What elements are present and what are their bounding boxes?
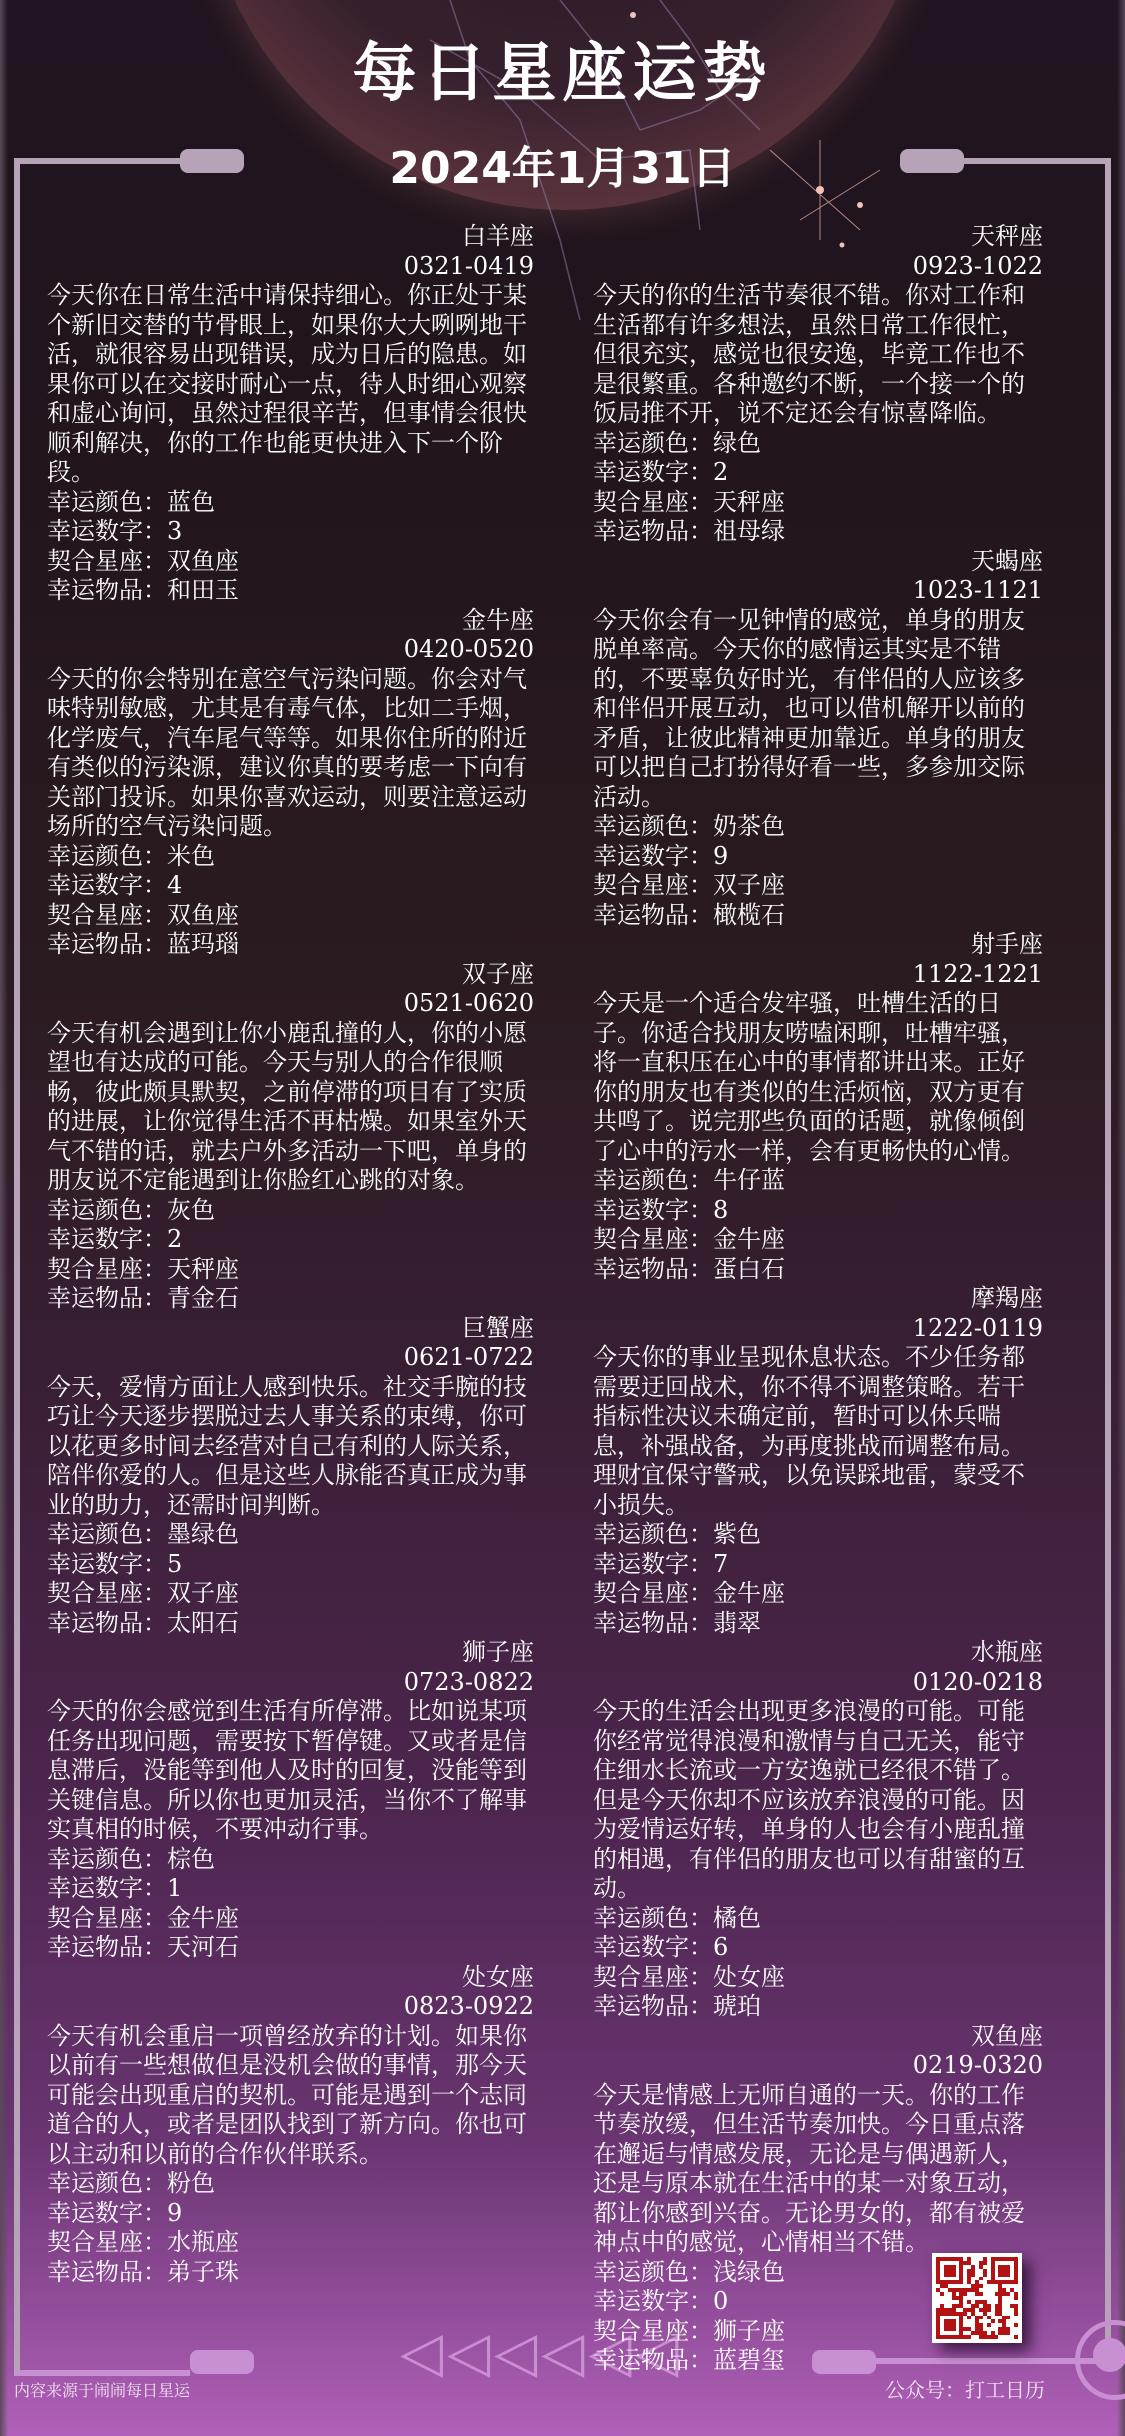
matching-sign-value: 狮子座 xyxy=(713,2317,785,2345)
lucky-color-value: 粉色 xyxy=(167,2169,215,2197)
sign-name: 双子座 xyxy=(47,960,534,990)
sign-date-range: 0321-0419 xyxy=(47,252,534,282)
sign-name: 天秤座 xyxy=(593,222,1043,252)
sign-description: 今天是一个适合发牢骚，吐槽生活的日子。你适合找朋友唠嗑闲聊，吐槽牢骚，将一直积压… xyxy=(593,989,1043,1166)
lucky-item-label: 幸运物品： xyxy=(593,901,713,929)
lucky-color: 幸运颜色：粉色 xyxy=(47,2169,534,2199)
content-source-credit: 内容来源于闹闹每日星运 xyxy=(14,2378,190,2401)
matching-sign-label: 契合星座： xyxy=(47,1904,167,1932)
lucky-item: 幸运物品：翡翠 xyxy=(593,1609,1043,1639)
lucky-color: 幸运颜色：绿色 xyxy=(593,429,1043,459)
sign-description: 今天是情感上无师自通的一天。你的工作节奏放缓，但生活节奏加快。今日重点落在邂逅与… xyxy=(593,2081,1043,2258)
sign-virgo: 处女座 0823-0922 今天有机会重启一项曾经放弃的计划。如果你以前有一些想… xyxy=(47,1963,534,2288)
outer-edge-right xyxy=(1117,0,1125,2436)
lucky-number-value: 4 xyxy=(167,871,182,899)
matching-sign: 契合星座：金牛座 xyxy=(47,1904,534,1934)
matching-sign: 契合星座：处女座 xyxy=(593,1963,1043,1993)
lucky-item: 幸运物品：青金石 xyxy=(47,1284,534,1314)
lucky-color-label: 幸运颜色： xyxy=(47,842,167,870)
lucky-number-value: 6 xyxy=(713,1933,728,1961)
sign-scorpio: 天蝎座 1023-1121 今天你会有一见钟情的感觉，单身的朋友脱单率高。今天你… xyxy=(593,547,1043,931)
sign-description: 今天有机会重启一项曾经放弃的计划。如果你以前有一些想做但是没机会做的事情，那今天… xyxy=(47,2022,534,2170)
lucky-number: 幸运数字：7 xyxy=(593,1550,1043,1580)
sign-name: 白羊座 xyxy=(47,222,534,252)
lucky-item-value: 蛋白石 xyxy=(713,1255,785,1283)
lucky-item-label: 幸运物品： xyxy=(47,1284,167,1312)
sign-description: 今天，爱情方面让人感到快乐。社交手腕的技巧让今天逐步摆脱过去人事关系的束缚，你可… xyxy=(47,1373,534,1521)
lucky-color-label: 幸运颜色： xyxy=(593,2258,713,2286)
lucky-number-label: 幸运数字： xyxy=(47,517,167,545)
matching-sign-label: 契合星座： xyxy=(593,2317,713,2345)
lucky-item-value: 太阳石 xyxy=(167,1609,239,1637)
lucky-number-label: 幸运数字： xyxy=(593,1550,713,1578)
arrow-left-icon: ◁ xyxy=(494,2325,537,2381)
sign-name: 狮子座 xyxy=(47,1638,534,1668)
lucky-color-value: 奶茶色 xyxy=(713,812,785,840)
lucky-number: 幸运数字：9 xyxy=(593,842,1043,872)
sign-description: 今天你会有一见钟情的感觉，单身的朋友脱单率高。今天你的感情运其实是不错的，不要辜… xyxy=(593,606,1043,813)
matching-sign-value: 双鱼座 xyxy=(167,901,239,929)
lucky-number-label: 幸运数字： xyxy=(593,1933,713,1961)
lucky-number-value: 9 xyxy=(713,842,728,870)
lucky-number-value: 5 xyxy=(167,1550,182,1578)
lucky-item: 幸运物品：琥珀 xyxy=(593,1992,1043,2022)
lucky-number-value: 0 xyxy=(713,2287,728,2315)
matching-sign-label: 契合星座： xyxy=(593,1579,713,1607)
lucky-item: 幸运物品：太阳石 xyxy=(47,1609,534,1639)
matching-sign: 契合星座：双子座 xyxy=(47,1579,534,1609)
lucky-item-label: 幸运物品： xyxy=(593,1992,713,2020)
frame-ring-dot-decoration xyxy=(1093,2338,1125,2372)
lucky-item: 幸运物品：橄榄石 xyxy=(593,901,1043,931)
sign-name: 射手座 xyxy=(593,930,1043,960)
sign-date-range: 0823-0922 xyxy=(47,1992,534,2022)
lucky-color: 幸运颜色：米色 xyxy=(47,842,534,872)
sign-name: 摩羯座 xyxy=(593,1284,1043,1314)
lucky-color-value: 绿色 xyxy=(713,429,761,457)
lucky-color-label: 幸运颜色： xyxy=(47,1845,167,1873)
arrow-left-icon: ◁ xyxy=(447,2325,490,2381)
lucky-item-label: 幸运物品： xyxy=(47,576,167,604)
sign-name: 巨蟹座 xyxy=(47,1314,534,1344)
lucky-color-value: 牛仔蓝 xyxy=(713,1166,785,1194)
lucky-number: 幸运数字：5 xyxy=(47,1550,534,1580)
matching-sign-value: 处女座 xyxy=(713,1963,785,1991)
matching-sign-label: 契合星座： xyxy=(47,901,167,929)
lucky-item-value: 和田玉 xyxy=(167,576,239,604)
sign-date-range: 0219-0320 xyxy=(593,2051,1043,2081)
lucky-color-label: 幸运颜色： xyxy=(593,1520,713,1548)
matching-sign: 契合星座：双鱼座 xyxy=(47,901,534,931)
lucky-number-value: 2 xyxy=(167,1225,182,1253)
matching-sign-label: 契合星座： xyxy=(593,1225,713,1253)
sign-date-range: 0420-0520 xyxy=(47,635,534,665)
sign-name: 水瓶座 xyxy=(593,1638,1043,1668)
qr-code-pattern xyxy=(936,2257,1018,2339)
lucky-color-value: 棕色 xyxy=(167,1845,215,1873)
lucky-color-value: 米色 xyxy=(167,842,215,870)
lucky-number: 幸运数字：6 xyxy=(593,1933,1043,1963)
sign-description: 今天的你的生活节奏很不错。你对工作和生活都有许多想法，虽然日常工作很忙，但很充实… xyxy=(593,281,1043,429)
lucky-number-value: 7 xyxy=(713,1550,728,1578)
matching-sign: 契合星座：双鱼座 xyxy=(47,547,534,577)
matching-sign-label: 契合星座： xyxy=(593,488,713,516)
lucky-number-label: 幸运数字： xyxy=(593,842,713,870)
matching-sign: 契合星座：金牛座 xyxy=(593,1225,1043,1255)
matching-sign-value: 双鱼座 xyxy=(167,547,239,575)
lucky-color-label: 幸运颜色： xyxy=(593,429,713,457)
lucky-color: 幸运颜色：牛仔蓝 xyxy=(593,1166,1043,1196)
lucky-number: 幸运数字：8 xyxy=(593,1196,1043,1226)
lucky-color-label: 幸运颜色： xyxy=(47,2169,167,2197)
sign-name: 金牛座 xyxy=(47,606,534,636)
lucky-number-label: 幸运数字： xyxy=(593,1196,713,1224)
matching-sign-label: 契合星座： xyxy=(47,1579,167,1607)
matching-sign-value: 天秤座 xyxy=(713,488,785,516)
lucky-number: 幸运数字：4 xyxy=(47,871,534,901)
lucky-item: 幸运物品：蛋白石 xyxy=(593,1255,1043,1285)
lucky-color-label: 幸运颜色： xyxy=(47,1196,167,1224)
sign-date-range: 1122-1221 xyxy=(593,960,1043,990)
lucky-color: 幸运颜色：蓝色 xyxy=(47,488,534,518)
lucky-color-value: 浅绿色 xyxy=(713,2258,785,2286)
lucky-item-value: 琥珀 xyxy=(713,1992,761,2020)
sign-date-range: 1222-0119 xyxy=(593,1314,1043,1344)
lucky-number-value: 2 xyxy=(713,458,728,486)
lucky-color-value: 蓝色 xyxy=(167,488,215,516)
lucky-number: 幸运数字：2 xyxy=(593,458,1043,488)
sign-libra: 天秤座 0923-1022 今天的你的生活节奏很不错。你对工作和生活都有许多想法… xyxy=(593,222,1043,547)
lucky-color-label: 幸运颜色： xyxy=(593,1166,713,1194)
lucky-item-label: 幸运物品： xyxy=(593,1609,713,1637)
lucky-color: 幸运颜色：灰色 xyxy=(47,1196,534,1226)
lucky-color-value: 灰色 xyxy=(167,1196,215,1224)
matching-sign-label: 契合星座： xyxy=(593,1963,713,1991)
lucky-number-label: 幸运数字： xyxy=(47,1550,167,1578)
lucky-item: 幸运物品：蓝玛瑙 xyxy=(47,930,534,960)
sign-taurus: 金牛座 0420-0520 今天的你会特别在意空气污染问题。你会对气味特别敏感，… xyxy=(47,606,534,960)
sign-description: 今天有机会遇到让你小鹿乱撞的人，你的小愿望也有达成的可能。今天与别人的合作很顺畅… xyxy=(47,1019,534,1196)
lucky-number-value: 8 xyxy=(713,1196,728,1224)
matching-sign-value: 双子座 xyxy=(713,871,785,899)
sign-description: 今天的你会特别在意空气污染问题。你会对气味特别敏感，尤其是有毒气体，比如二手烟，… xyxy=(47,665,534,842)
lucky-color: 幸运颜色：紫色 xyxy=(593,1520,1043,1550)
page-date: 2024年1月31日 xyxy=(0,132,1125,196)
lucky-color-value: 墨绿色 xyxy=(167,1520,239,1548)
lucky-item-label: 幸运物品： xyxy=(593,517,713,545)
sign-description: 今天你的事业呈现休息状态。不少任务都需要迂回战术，你不得不调整策略。若干指标性决… xyxy=(593,1343,1043,1520)
matching-sign-value: 金牛座 xyxy=(713,1579,785,1607)
lucky-number-label: 幸运数字： xyxy=(47,1225,167,1253)
lucky-number: 幸运数字：2 xyxy=(47,1225,534,1255)
lucky-item: 幸运物品：天河石 xyxy=(47,1933,534,1963)
sign-cancer: 巨蟹座 0621-0722 今天，爱情方面让人感到快乐。社交手腕的技巧让今天逐步… xyxy=(47,1314,534,1639)
lucky-color-label: 幸运颜色： xyxy=(47,488,167,516)
matching-sign: 契合星座：天秤座 xyxy=(47,1255,534,1285)
lucky-item-label: 幸运物品： xyxy=(47,2258,167,2286)
sign-date-range: 0521-0620 xyxy=(47,989,534,1019)
lucky-item-value: 蓝玛瑙 xyxy=(167,930,239,958)
sign-name: 处女座 xyxy=(47,1963,534,1993)
lucky-number-value: 1 xyxy=(167,1874,182,1902)
lucky-item-label: 幸运物品： xyxy=(47,1933,167,1961)
lucky-item-label: 幸运物品： xyxy=(47,1609,167,1637)
lucky-color: 幸运颜色：奶茶色 xyxy=(593,812,1043,842)
lucky-item-value: 橄榄石 xyxy=(713,901,785,929)
matching-sign-label: 契合星座： xyxy=(47,547,167,575)
sign-date-range: 0621-0722 xyxy=(47,1343,534,1373)
lucky-item-value: 翡翠 xyxy=(713,1609,761,1637)
sign-leo: 狮子座 0723-0822 今天的你会感觉到生活有所停滞。比如说某项任务出现问题… xyxy=(47,1638,534,1963)
sign-gemini: 双子座 0521-0620 今天有机会遇到让你小鹿乱撞的人，你的小愿望也有达成的… xyxy=(47,960,534,1314)
matching-sign: 契合星座：金牛座 xyxy=(593,1579,1043,1609)
lucky-item-value: 弟子珠 xyxy=(167,2258,239,2286)
lucky-item-value: 青金石 xyxy=(167,1284,239,1312)
sign-description: 今天的你会感觉到生活有所停滞。比如说某项任务出现问题，需要按下暂停键。又或者是信… xyxy=(47,1697,534,1845)
sign-aquarius: 水瓶座 0120-0218 今天的生活会出现更多浪漫的可能。可能你经常觉得浪漫和… xyxy=(593,1638,1043,2022)
frame-pill-bottom-left xyxy=(190,2350,254,2374)
sign-sagittarius: 射手座 1122-1221 今天是一个适合发牢骚，吐槽生活的日子。你适合找朋友唠… xyxy=(593,930,1043,1284)
lucky-color-value: 橘色 xyxy=(713,1904,761,1932)
lucky-color-label: 幸运颜色： xyxy=(593,1904,713,1932)
official-account-credit: 公众号：打工日历 xyxy=(885,2374,1045,2403)
matching-sign-value: 天秤座 xyxy=(167,1255,239,1283)
lucky-item-value: 祖母绿 xyxy=(713,517,785,545)
sign-date-range: 0723-0822 xyxy=(47,1668,534,1698)
lucky-item-label: 幸运物品： xyxy=(593,2346,713,2374)
right-column: 天秤座 0923-1022 今天的你的生活节奏很不错。你对工作和生活都有许多想法… xyxy=(593,222,1043,2376)
lucky-item: 幸运物品：弟子珠 xyxy=(47,2258,534,2288)
arrow-left-icon: ◁ xyxy=(541,2325,584,2381)
sign-capricorn: 摩羯座 1222-0119 今天你的事业呈现休息状态。不少任务都需要迂回战术，你… xyxy=(593,1284,1043,1638)
lucky-color-label: 幸运颜色： xyxy=(593,812,713,840)
matching-sign-label: 契合星座： xyxy=(47,2228,167,2256)
lucky-number-label: 幸运数字： xyxy=(593,2287,713,2315)
lucky-number-value: 3 xyxy=(167,517,182,545)
qr-code[interactable] xyxy=(932,2253,1022,2343)
sign-name: 双鱼座 xyxy=(593,2022,1043,2052)
lucky-item: 幸运物品：蓝碧玺 xyxy=(593,2346,1043,2376)
lucky-color: 幸运颜色：橘色 xyxy=(593,1904,1043,1934)
lucky-color: 幸运颜色：棕色 xyxy=(47,1845,534,1875)
lucky-number-label: 幸运数字： xyxy=(47,871,167,899)
sign-name: 天蝎座 xyxy=(593,547,1043,577)
page-title: 每日星座运势 xyxy=(0,22,1125,114)
lucky-color: 幸运颜色：墨绿色 xyxy=(47,1520,534,1550)
lucky-number-label: 幸运数字： xyxy=(593,458,713,486)
matching-sign: 契合星座：双子座 xyxy=(593,871,1043,901)
lucky-item-label: 幸运物品： xyxy=(593,1255,713,1283)
matching-sign-value: 水瓶座 xyxy=(167,2228,239,2256)
sign-date-range: 0923-1022 xyxy=(593,252,1043,282)
lucky-number-label: 幸运数字： xyxy=(47,2199,167,2227)
lucky-number: 幸运数字：9 xyxy=(47,2199,534,2229)
lucky-item-label: 幸运物品： xyxy=(47,930,167,958)
lucky-number-label: 幸运数字： xyxy=(47,1874,167,1902)
lucky-item: 幸运物品：和田玉 xyxy=(47,576,534,606)
sign-date-range: 1023-1121 xyxy=(593,576,1043,606)
lucky-item-value: 天河石 xyxy=(167,1933,239,1961)
matching-sign-label: 契合星座： xyxy=(593,871,713,899)
left-column: 白羊座 0321-0419 今天你在日常生活中请保持细心。你正处于某个新旧交替的… xyxy=(47,222,534,2287)
sign-description: 今天你在日常生活中请保持细心。你正处于某个新旧交替的节骨眼上，如果你大大咧咧地干… xyxy=(47,281,534,488)
sign-description: 今天的生活会出现更多浪漫的可能。可能你经常觉得浪漫和激情与自己无关，能守住细水长… xyxy=(593,1697,1043,1904)
matching-sign-value: 金牛座 xyxy=(167,1904,239,1932)
matching-sign: 契合星座：天秤座 xyxy=(593,488,1043,518)
lucky-item: 幸运物品：祖母绿 xyxy=(593,517,1043,547)
lucky-color-label: 幸运颜色： xyxy=(47,1520,167,1548)
matching-sign-label: 契合星座： xyxy=(47,1255,167,1283)
lucky-item-value: 蓝碧玺 xyxy=(713,2346,785,2374)
outer-edge-left xyxy=(0,0,8,2436)
matching-sign-value: 双子座 xyxy=(167,1579,239,1607)
matching-sign-value: 金牛座 xyxy=(713,1225,785,1253)
sign-date-range: 0120-0218 xyxy=(593,1668,1043,1698)
sign-aries: 白羊座 0321-0419 今天你在日常生活中请保持细心。你正处于某个新旧交替的… xyxy=(47,222,534,606)
lucky-number-value: 9 xyxy=(167,2199,182,2227)
lucky-color-value: 紫色 xyxy=(713,1520,761,1548)
lucky-number: 幸运数字：1 xyxy=(47,1874,534,1904)
matching-sign: 契合星座：水瓶座 xyxy=(47,2228,534,2258)
arrow-left-icon: ◁ xyxy=(400,2325,443,2381)
lucky-number: 幸运数字：3 xyxy=(47,517,534,547)
